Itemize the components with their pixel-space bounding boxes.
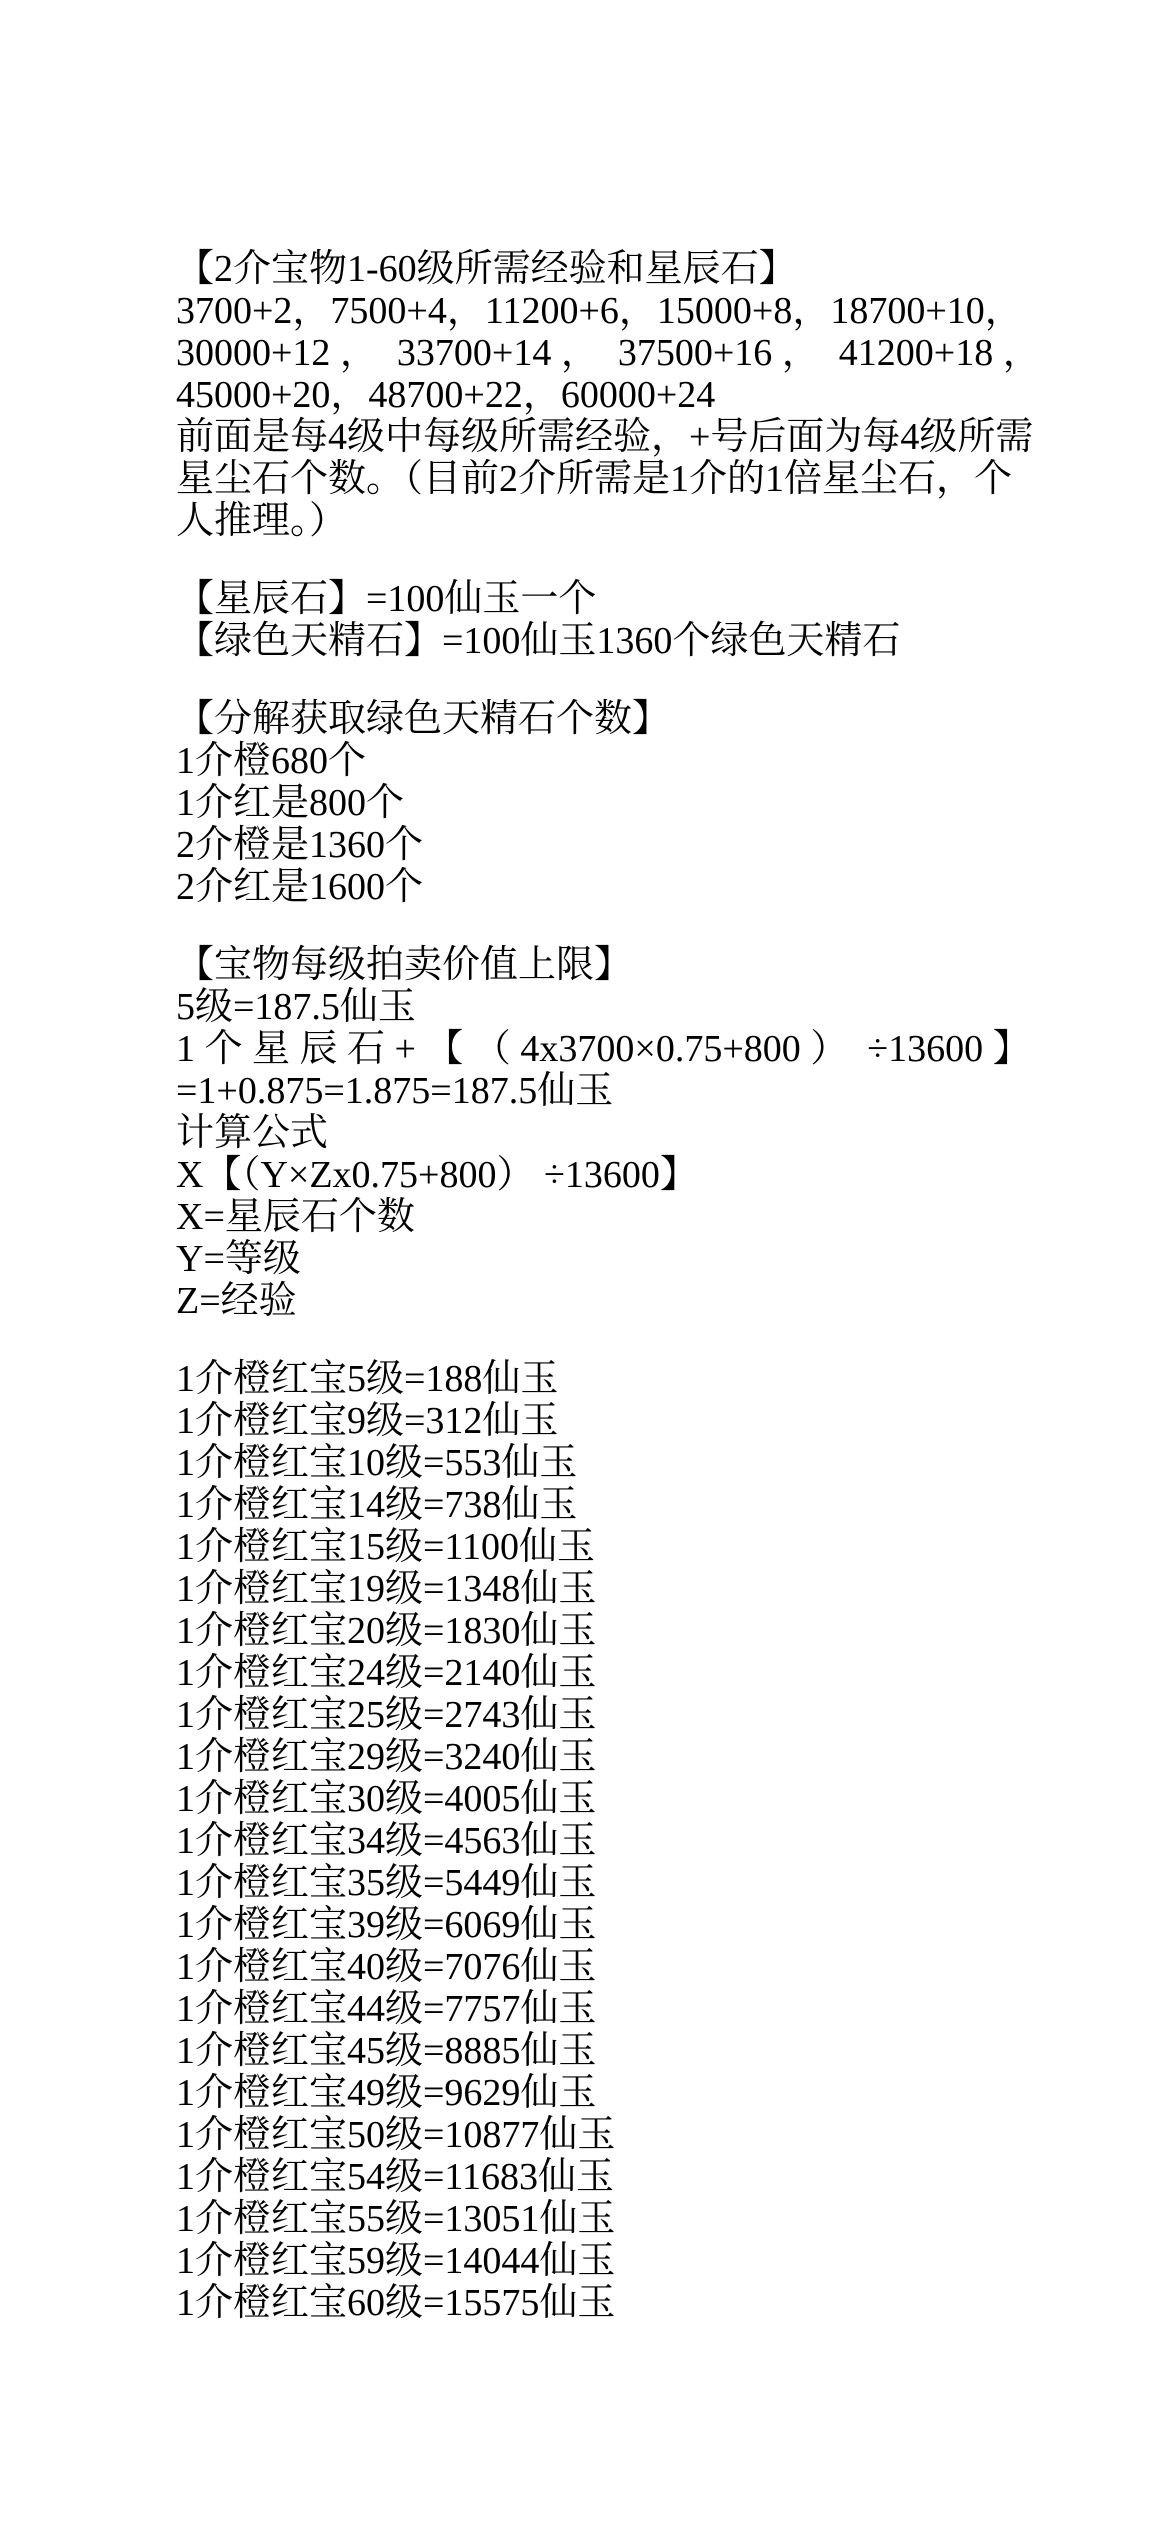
text-line: 2介红是1600个 xyxy=(176,866,1130,908)
document-body: 【2介宝物1-60级所需经验和星辰石】3700+2，7500+4，11200+6… xyxy=(176,248,1130,2324)
text-line: 45000+20，48700+22，60000+24 xyxy=(176,374,1130,416)
section-heading: 【绿色天精石】=100仙玉1360个绿色天精石 xyxy=(176,620,1130,662)
text-line: 1介橙红宝14级=738仙玉 xyxy=(176,1484,1130,1526)
text-line: 1介橙红宝50级=10877仙玉 xyxy=(176,2114,1130,2156)
text-line: 1介橙红宝29级=3240仙玉 xyxy=(176,1736,1130,1778)
text-line: 1介橙红宝30级=4005仙玉 xyxy=(176,1778,1130,1820)
section-exp-and-star-stones: 【2介宝物1-60级所需经验和星辰石】3700+2，7500+4，11200+6… xyxy=(176,248,1130,542)
text-line: 1介橙红宝24级=2140仙玉 xyxy=(176,1652,1130,1694)
text-line: 1介橙红宝44级=7757仙玉 xyxy=(176,1988,1130,2030)
section-heading: 【宝物每级拍卖价值上限】 xyxy=(176,944,1130,986)
text-line: Y=等级 xyxy=(176,1238,1130,1280)
text-line: 1介橙红宝55级=13051仙玉 xyxy=(176,2198,1130,2240)
text-line: 1介橙红宝34级=4563仙玉 xyxy=(176,1820,1130,1862)
section-stone-prices: 【星辰石】=100仙玉一个【绿色天精石】=100仙玉1360个绿色天精石 xyxy=(176,578,1130,662)
section-heading: 【分解获取绿色天精石个数】 xyxy=(176,698,1130,740)
section-heading: 【星辰石】=100仙玉一个 xyxy=(176,578,1130,620)
text-line: 1介橙红宝20级=1830仙玉 xyxy=(176,1610,1130,1652)
text-line: 30000+12 ， 33700+14 ， 37500+16 ， 41200+1… xyxy=(176,332,1130,374)
text-line: 1介橙红宝25级=2743仙玉 xyxy=(176,1694,1130,1736)
text-line: 1介橙红宝40级=7076仙玉 xyxy=(176,1946,1130,1988)
text-line: 1介橙红宝39级=6069仙玉 xyxy=(176,1904,1130,1946)
text-line: X=星辰石个数 xyxy=(176,1196,1130,1238)
text-line: Z=经验 xyxy=(176,1280,1130,1322)
text-line: =1+0.875=1.875=187.5仙玉 xyxy=(176,1070,1130,1112)
section-price-list: 1介橙红宝5级=188仙玉1介橙红宝9级=312仙玉1介橙红宝10级=553仙玉… xyxy=(176,1358,1130,2324)
text-line: 1介橙红宝15级=1100仙玉 xyxy=(176,1526,1130,1568)
text-line: 1介橙红宝49级=9629仙玉 xyxy=(176,2072,1130,2114)
text-line: 1介橙红宝9级=312仙玉 xyxy=(176,1400,1130,1442)
text-line: 1介橙红宝54级=11683仙玉 xyxy=(176,2156,1130,2198)
section-heading: 【2介宝物1-60级所需经验和星辰石】 xyxy=(176,248,1130,290)
text-line: 星尘石个数。（目前2介所需是1介的1倍星尘石，个 xyxy=(176,458,1130,500)
section-decompose-green-stone-counts: 【分解获取绿色天精石个数】1介橙680个1介红是800个2介橙是1360个2介红… xyxy=(176,698,1130,908)
text-line: 计算公式 xyxy=(176,1112,1130,1154)
text-line: 1介红是800个 xyxy=(176,782,1130,824)
section-auction-value-cap: 【宝物每级拍卖价值上限】5级=187.5仙玉1 个 星 辰 石 + 【 （ 4x… xyxy=(176,944,1130,1322)
text-line: 1介橙红宝45级=8885仙玉 xyxy=(176,2030,1130,2072)
text-line: 1介橙680个 xyxy=(176,740,1130,782)
text-line: 5级=187.5仙玉 xyxy=(176,986,1130,1028)
text-line: 1介橙红宝10级=553仙玉 xyxy=(176,1442,1130,1484)
text-line: 1介橙红宝59级=14044仙玉 xyxy=(176,2240,1130,2282)
text-line: X【（Y×Zx0.75+800） ÷13600】 xyxy=(176,1154,1130,1196)
text-line: 1介橙红宝35级=5449仙玉 xyxy=(176,1862,1130,1904)
text-line: 1介橙红宝60级=15575仙玉 xyxy=(176,2282,1130,2324)
text-line: 前面是每4级中每级所需经验，+号后面为每4级所需 xyxy=(176,416,1130,458)
text-line: 人推理。） xyxy=(176,500,1130,542)
text-line: 1 个 星 辰 石 + 【 （ 4x3700×0.75+800 ） ÷13600… xyxy=(176,1028,1130,1070)
text-line: 2介橙是1360个 xyxy=(176,824,1130,866)
document-page: 【2介宝物1-60级所需经验和星辰石】3700+2，7500+4，11200+6… xyxy=(0,0,1170,2532)
text-line: 1介橙红宝19级=1348仙玉 xyxy=(176,1568,1130,1610)
text-line: 1介橙红宝5级=188仙玉 xyxy=(176,1358,1130,1400)
text-line: 3700+2，7500+4，11200+6，15000+8，18700+10， xyxy=(176,290,1130,332)
